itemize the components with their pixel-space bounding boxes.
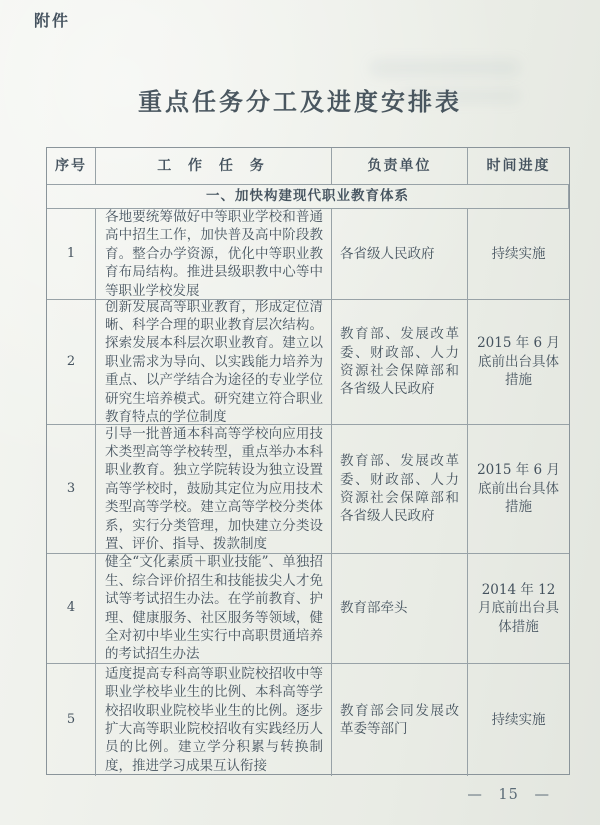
row-2-schedule-text: 2015 年 6 月底前出台具体措施 (474, 334, 563, 389)
row-2-unit-text: 教育部、发展改革委、财政部、人力资源社会保障部和各省级人民政府 (340, 325, 459, 399)
table-section-header: 一、加快构建现代职业教育体系 (47, 185, 569, 209)
row-1-number: 1 (47, 209, 96, 300)
row-1-schedule-text: 持续实施 (492, 245, 546, 263)
scan-bleed-artifact (370, 60, 520, 76)
row-2-task-cell: 创新发展高等职业教育，形成定位清晰、科学合理的职业教育层次结构。探索发展本科层次… (96, 300, 332, 425)
row-5-unit-text: 教育部会同发展改革委等部门 (340, 702, 459, 739)
page-title: 重点任务分工及进度安排表 (0, 82, 600, 117)
row-4-unit-cell: 教育部牵头 (332, 554, 468, 664)
row-2-unit-cell: 教育部、发展改革委、财政部、人力资源社会保障部和各省级人民政府 (332, 300, 468, 425)
row-4-number: 4 (47, 554, 96, 664)
row-1-task-text: 各地要统筹做好中等职业学校和普通高中招生工作，加快普及高中阶段教育。整合办学资源… (105, 209, 323, 300)
column-header-no-label: 序号 (55, 157, 87, 175)
column-header-schedule: 时间进度 (468, 148, 569, 185)
row-2-task-text: 创新发展高等职业教育，形成定位清晰、科学合理的职业教育层次结构。探索发展本科层次… (105, 300, 323, 425)
row-5-task-text: 适度提高专科高等职业院校招收中等职业学校毕业生的比例、本科高等学校招收职业院校毕… (105, 665, 323, 775)
row-1-unit-text: 各省级人民政府 (340, 245, 459, 263)
column-header-unit: 负责单位 (332, 148, 468, 185)
row-1-unit-cell: 各省级人民政府 (332, 209, 468, 300)
row-4-task-cell: 健全“文化素质＋职业技能”、单独招生、综合评价招生和技能拔尖人才免试等考试招生办… (96, 554, 332, 664)
row-3-schedule-text: 2015 年 6 月底前出台具体措施 (474, 461, 563, 516)
row-2-schedule-cell: 2015 年 6 月底前出台具体措施 (468, 300, 569, 425)
row-5-schedule-text: 持续实施 (492, 711, 546, 729)
row-3-schedule-cell: 2015 年 6 月底前出台具体措施 (468, 425, 569, 554)
row-3-number: 3 (47, 425, 96, 554)
column-header-no: 序号 (47, 148, 96, 185)
row-1-schedule-cell: 持续实施 (468, 209, 569, 300)
page-number: — 15 — (0, 787, 600, 803)
row-3-task-cell: 引导一批普通本科高等学校向应用技术类型高等学校转型，重点举办本科职业教育。独立学… (96, 425, 332, 554)
row-5-number: 5 (47, 664, 96, 776)
row-5-task-cell: 适度提高专科高等职业院校招收中等职业学校毕业生的比例、本科高等学校招收职业院校毕… (96, 664, 332, 776)
row-5-schedule-cell: 持续实施 (468, 664, 569, 776)
column-header-task-label: 工 作 任 务 (157, 157, 270, 175)
row-3-unit-text: 教育部、发展改革委、财政部、人力资源社会保障部和各省级人民政府 (340, 452, 459, 526)
attachment-label: 附件 (34, 8, 70, 31)
row-3-task-text: 引导一批普通本科高等学校向应用技术类型高等学校转型，重点举办本科职业教育。独立学… (105, 425, 323, 553)
row-3-unit-cell: 教育部、发展改革委、财政部、人力资源社会保障部和各省级人民政府 (332, 425, 468, 554)
task-schedule-table: 序号 工 作 任 务 负责单位 时间进度 一、加快构建现代职业教育体系 1 各地… (46, 147, 570, 775)
column-header-unit-label: 负责单位 (368, 157, 432, 175)
column-header-task: 工 作 任 务 (96, 148, 332, 185)
row-1-task-cell: 各地要统筹做好中等职业学校和普通高中招生工作，加快普及高中阶段教育。整合办学资源… (96, 209, 332, 300)
row-4-task-text: 健全“文化素质＋职业技能”、单独招生、综合评价招生和技能拔尖人才免试等考试招生办… (105, 554, 323, 664)
row-4-schedule-cell: 2014 年 12 月底前出台具体措施 (468, 554, 569, 664)
row-4-schedule-text: 2014 年 12 月底前出台具体措施 (474, 581, 563, 636)
row-5-unit-cell: 教育部会同发展改革委等部门 (332, 664, 468, 776)
row-2-number: 2 (47, 300, 96, 425)
column-header-schedule-label: 时间进度 (487, 157, 551, 175)
row-4-unit-text: 教育部牵头 (340, 599, 459, 617)
scanned-document-page: { "page": { "attachment_label": "附件", "t… (0, 0, 600, 825)
